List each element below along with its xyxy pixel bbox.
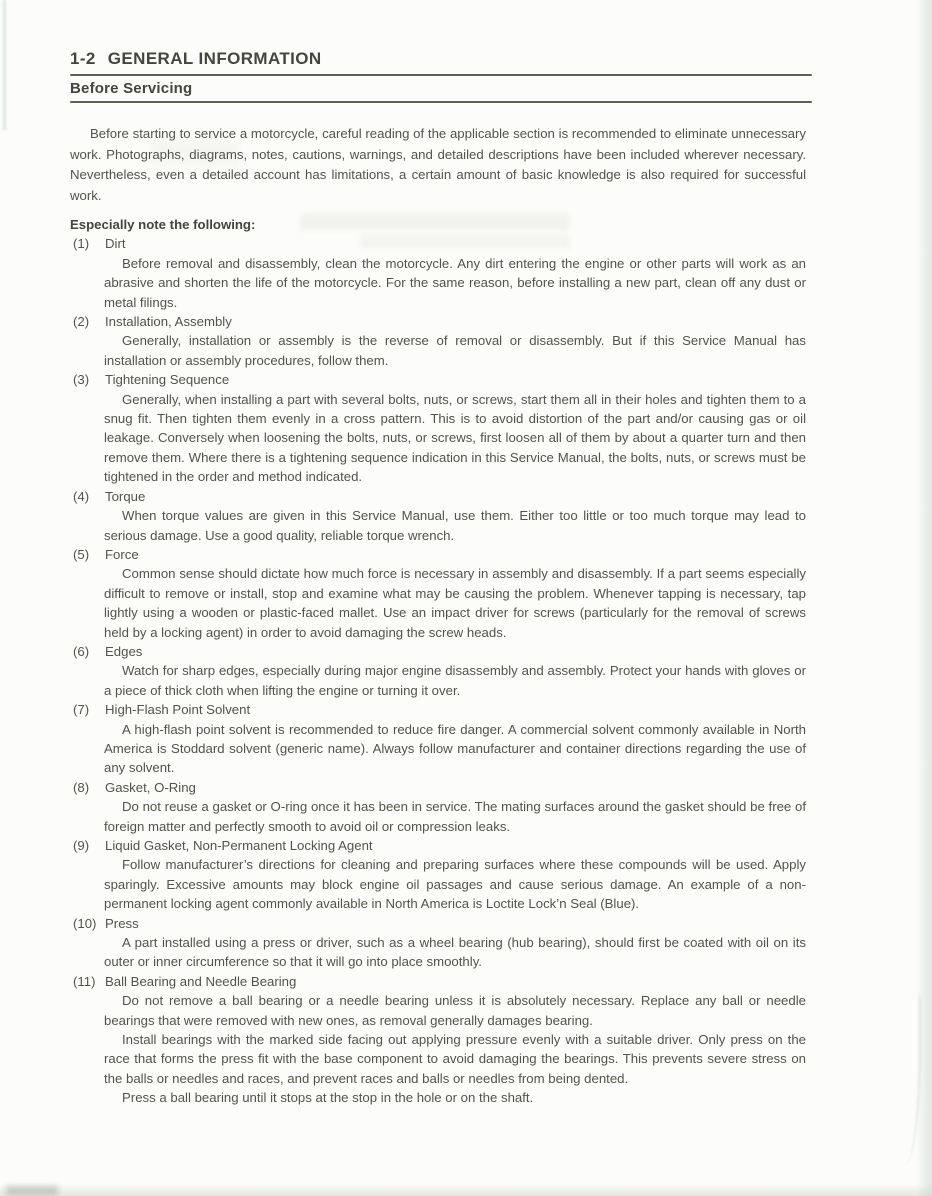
item-number: (3) — [73, 370, 99, 389]
chapter-title: GENERAL INFORMATION — [108, 49, 322, 68]
item-title: Dirt — [105, 236, 126, 251]
item-title: Force — [105, 547, 139, 562]
item-paragraph: Do not reuse a gasket or O-ring once it … — [104, 797, 806, 836]
list-item: (1)DirtBefore removal and disassembly, c… — [70, 234, 806, 312]
item-title: Press — [105, 916, 139, 931]
item-number: (6) — [73, 642, 99, 661]
item-paragraph: Generally, when installing a part with s… — [104, 390, 806, 487]
list-item: (11)Ball Bearing and Needle BearingDo no… — [70, 972, 806, 1108]
item-paragraph: Press a ball bearing until it stops at t… — [104, 1088, 806, 1107]
item-number: (4) — [73, 487, 99, 506]
item-paragraph: Before removal and disassembly, clean th… — [104, 254, 806, 312]
page-content: 1-2GENERAL INFORMATION Before Servicing … — [70, 50, 806, 1108]
item-paragraph: Install bearings with the marked side fa… — [104, 1030, 806, 1088]
list-item: (9)Liquid Gasket, Non-Permanent Locking … — [70, 836, 806, 914]
section-rule — [70, 101, 812, 103]
item-heading: (9)Liquid Gasket, Non-Permanent Locking … — [70, 836, 806, 855]
list-item: (4)TorqueWhen torque values are given in… — [70, 487, 806, 545]
section-title: Before Servicing — [70, 80, 806, 97]
item-paragraph: Do not remove a ball bearing or a needle… — [104, 991, 806, 1030]
page-number: 1-2 — [70, 49, 96, 68]
item-paragraph: Follow manufacturer’s directions for cle… — [104, 855, 806, 913]
item-number: (1) — [73, 234, 99, 253]
item-paragraph: Common sense should dictate how much for… — [104, 564, 806, 642]
list-title: Especially note the following: — [70, 215, 806, 234]
item-heading: (4)Torque — [70, 487, 806, 506]
item-heading: (2)Installation, Assembly — [70, 312, 806, 331]
item-paragraph: A part installed using a press or driver… — [104, 933, 806, 972]
item-paragraph: Generally, installation or assembly is t… — [104, 331, 806, 370]
item-paragraph: A high-flash point solvent is recommende… — [104, 720, 806, 778]
list-item: (5)ForceCommon sense should dictate how … — [70, 545, 806, 642]
item-paragraph: When torque values are given in this Ser… — [104, 506, 806, 545]
item-number: (2) — [73, 312, 99, 331]
list-item: (2)Installation, AssemblyGenerally, inst… — [70, 312, 806, 370]
item-number: (10) — [73, 914, 99, 933]
item-heading: (8)Gasket, O-Ring — [70, 778, 806, 797]
manual-page: 1-2GENERAL INFORMATION Before Servicing … — [0, 0, 932, 1196]
item-heading: (11)Ball Bearing and Needle Bearing — [70, 972, 806, 991]
list-item: (8)Gasket, O-RingDo not reuse a gasket o… — [70, 778, 806, 836]
list-item: (3)Tightening SequenceGenerally, when in… — [70, 370, 806, 486]
item-title: Tightening Sequence — [105, 372, 229, 387]
scan-blotch-artifact — [6, 1186, 58, 1196]
item-number: (7) — [73, 700, 99, 719]
item-heading: (7)High-Flash Point Solvent — [70, 700, 806, 719]
item-heading: (3)Tightening Sequence — [70, 370, 806, 389]
item-number: (9) — [73, 836, 99, 855]
item-title: Ball Bearing and Needle Bearing — [105, 974, 296, 989]
item-paragraph: Watch for sharp edges, especially during… — [104, 661, 806, 700]
page-header: 1-2GENERAL INFORMATION — [70, 50, 806, 68]
item-heading: (10)Press — [70, 914, 806, 933]
item-title: Torque — [105, 489, 145, 504]
intro-paragraph: Before starting to service a motorcycle,… — [70, 124, 806, 206]
item-heading: (1)Dirt — [70, 234, 806, 253]
item-title: Installation, Assembly — [105, 314, 232, 329]
item-number: (11) — [73, 972, 99, 991]
scan-edge-artifact — [916, 0, 932, 1196]
item-heading: (5)Force — [70, 545, 806, 564]
item-title: High-Flash Point Solvent — [105, 702, 250, 717]
item-number: (5) — [73, 545, 99, 564]
scan-edge-artifact — [0, 1184, 932, 1196]
list-item: (6)EdgesWatch for sharp edges, especiall… — [70, 642, 806, 700]
item-title: Edges — [105, 644, 142, 659]
list-item: (10)PressA part installed using a press … — [70, 914, 806, 972]
item-title: Liquid Gasket, Non-Permanent Locking Age… — [105, 838, 373, 853]
item-title: Gasket, O-Ring — [105, 780, 196, 795]
item-number: (8) — [73, 778, 99, 797]
scan-edge-artifact — [3, 0, 6, 130]
item-heading: (6)Edges — [70, 642, 806, 661]
note-list: (1)DirtBefore removal and disassembly, c… — [70, 234, 806, 1107]
header-rule — [70, 74, 812, 76]
list-item: (7)High-Flash Point SolventA high-flash … — [70, 700, 806, 778]
